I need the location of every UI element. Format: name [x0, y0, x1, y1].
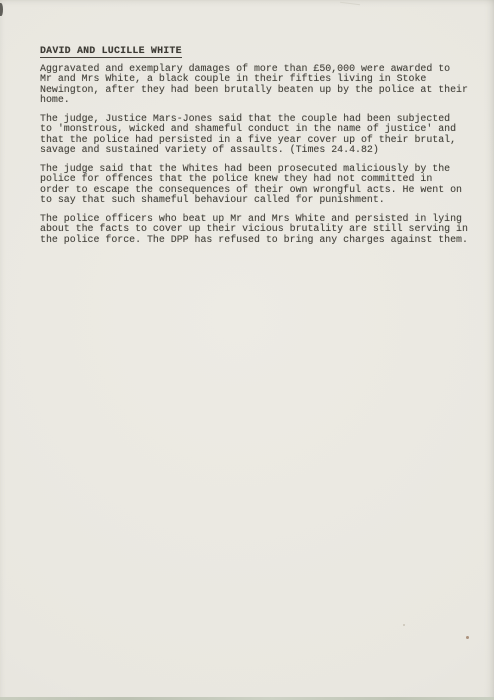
paper-speck: [466, 636, 469, 639]
paragraph-damages-awarded: Aggravated and exemplary damages of more…: [40, 64, 480, 106]
document-page: DAVID AND LUCILLE WHITE Aggravated and e…: [0, 0, 494, 700]
paragraph-judge-quote: The judge, Justice Mars-Jones said that …: [40, 114, 480, 156]
document-title: DAVID AND LUCILLE WHITE: [40, 45, 182, 58]
paragraph-officers-still-serving: The police officers who beat up Mr and M…: [40, 214, 480, 245]
ink-smudge-left-edge: [0, 3, 3, 16]
paragraph-malicious-prosecution: The judge said that the Whites had been …: [40, 164, 480, 206]
paper-scratch: [340, 2, 360, 5]
paper-speck-faint: [403, 624, 405, 626]
typewritten-content: DAVID AND LUCILLE WHITE Aggravated and e…: [40, 40, 480, 254]
